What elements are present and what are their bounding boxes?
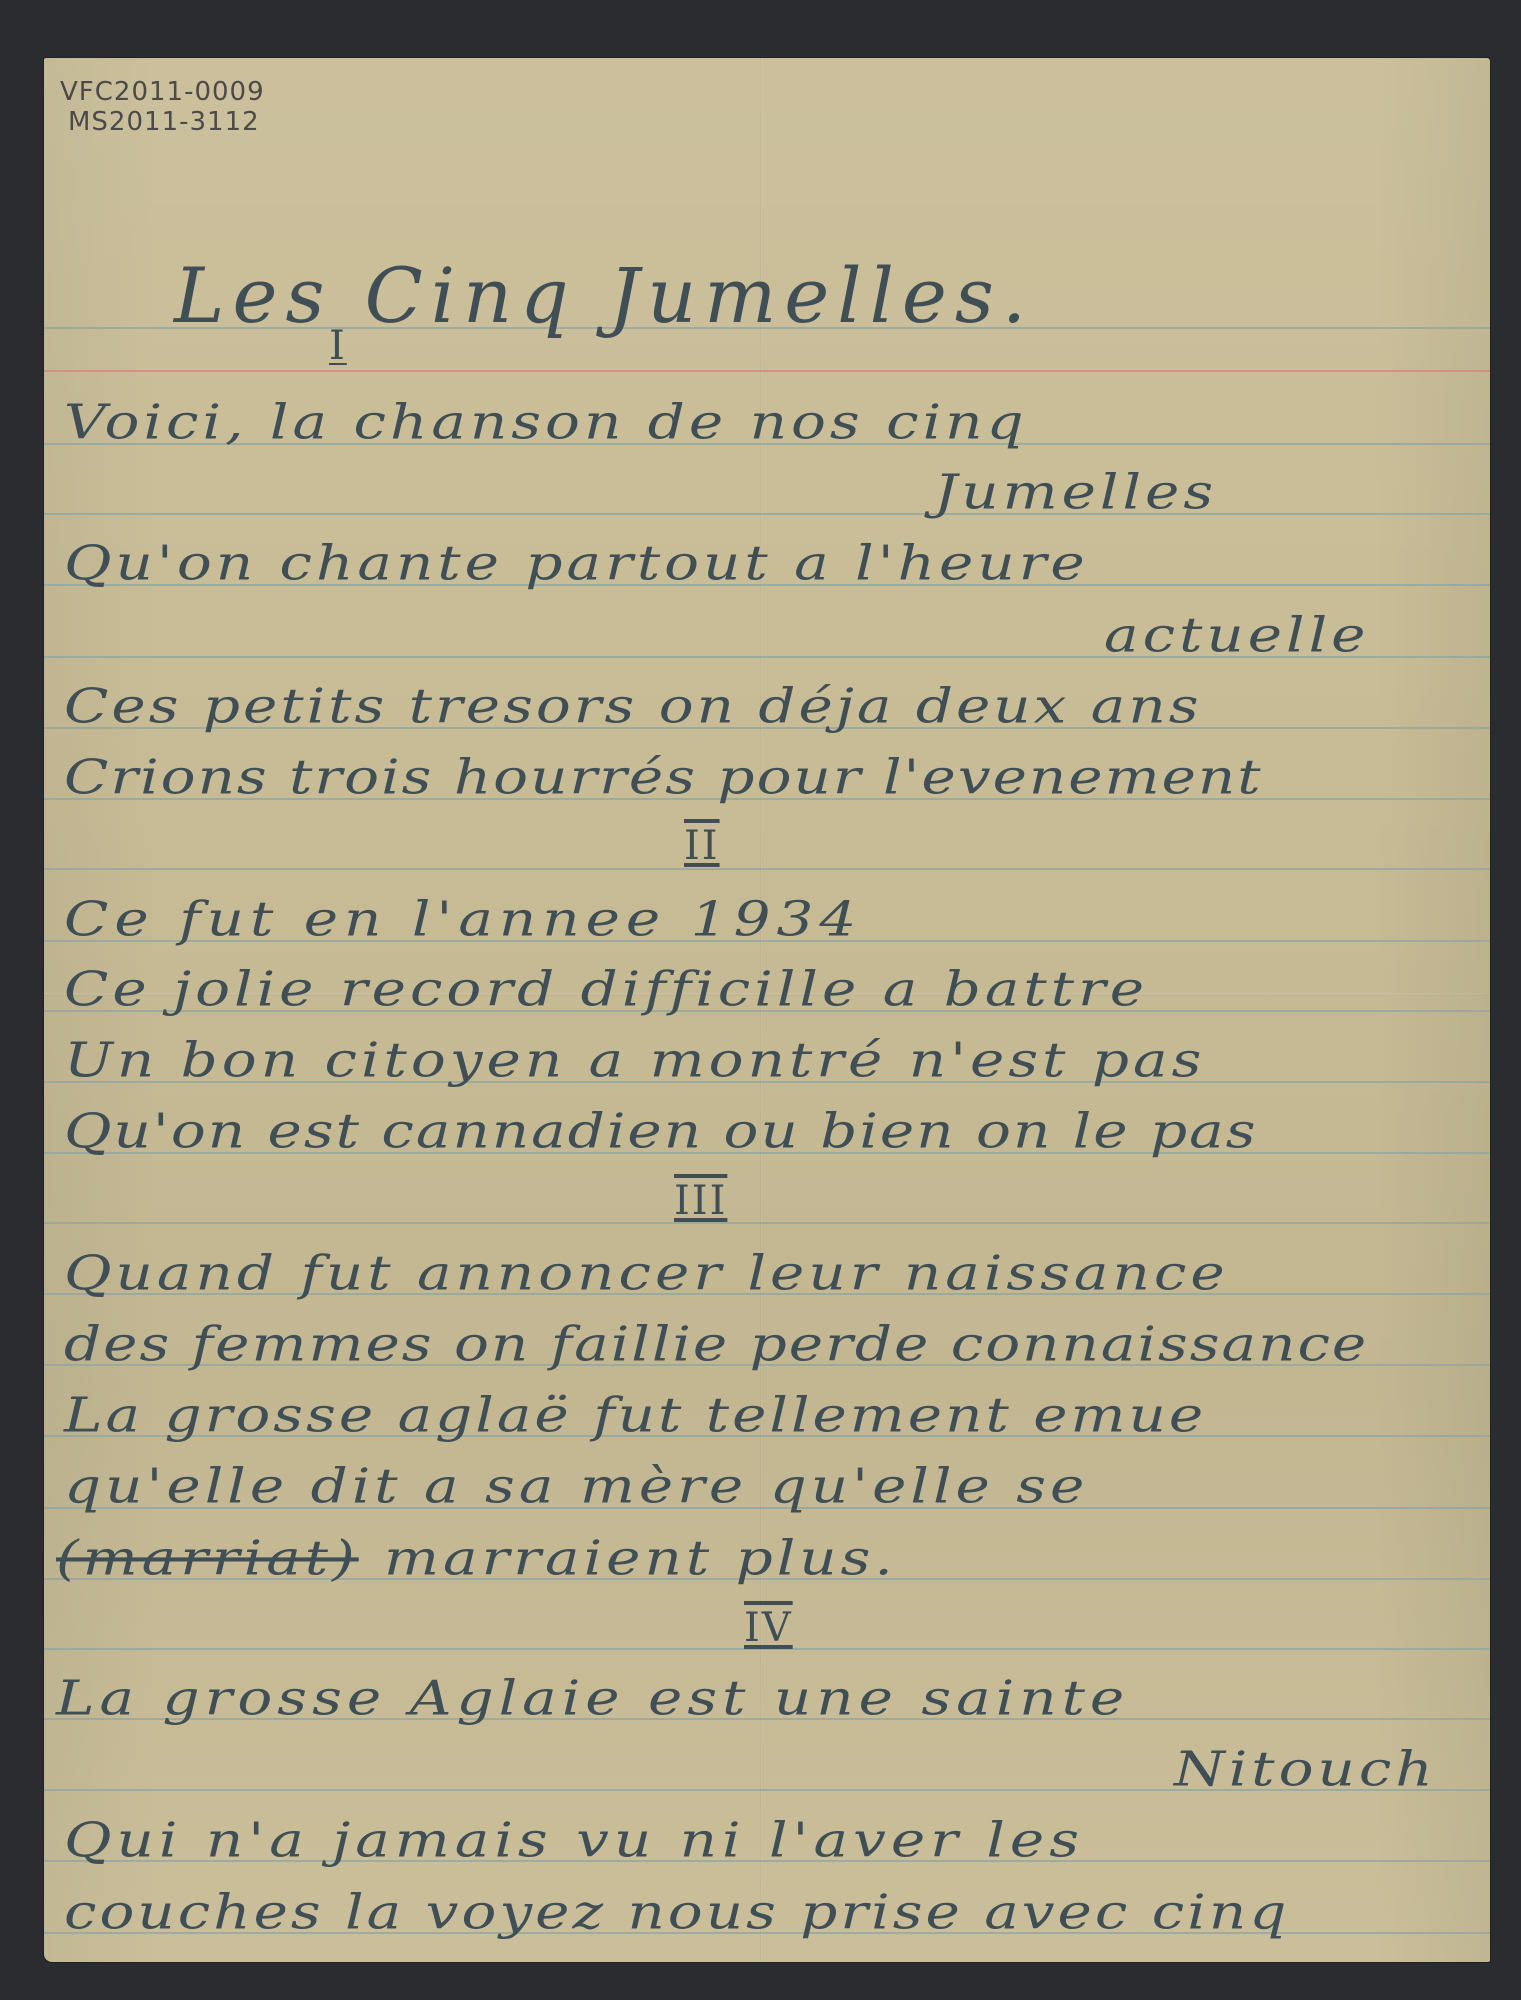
verse-line: Jumelles xyxy=(934,468,1217,516)
verse-line: La grosse Aglaie est une sainte xyxy=(56,1674,1129,1722)
verse-numeral-iv: IV xyxy=(744,1608,793,1648)
struck-out-word: (marriat) xyxy=(56,1534,359,1582)
verse-line: Qu'on chante partout a l'heure xyxy=(64,539,1089,587)
verse-line: Quand fut annoncer leur naissance xyxy=(64,1249,1229,1297)
verse-line: qu'elle dit a sa mère qu'elle se xyxy=(64,1462,1088,1510)
archive-id-line-2: MS2011-3112 xyxy=(68,108,265,138)
verse-line: Ces petits tresors on déja deux ans xyxy=(64,682,1202,730)
document-title: Les Cinq Jumelles. xyxy=(174,258,1034,334)
verse-numeral-ii: II xyxy=(684,826,720,866)
verse-line: Qui n'a jamais vu ni l'aver les xyxy=(64,1816,1084,1864)
verse-line: actuelle xyxy=(1104,611,1369,659)
verse-numeral-iii: III xyxy=(674,1181,727,1221)
verse-line: La grosse aglaë fut tellement emue xyxy=(64,1391,1206,1439)
ruled-line xyxy=(44,868,1490,870)
verse-line: Ce jolie record difficille a battre xyxy=(64,965,1148,1013)
verse-numeral-i: I xyxy=(329,326,347,366)
verse-line: Qu'on est cannadien ou bien on le pas xyxy=(64,1107,1258,1155)
verse-line: Crions trois hourrés pour l'evenement xyxy=(64,753,1263,801)
ruled-line xyxy=(44,1222,1490,1224)
letter-page: VFC2011-0009 MS2011-3112 Les Cinq Jumell… xyxy=(44,58,1490,1962)
archive-identifier: VFC2011-0009 MS2011-3112 xyxy=(60,78,265,138)
ruled-line xyxy=(44,513,1490,515)
verse-line: Un bon citoyen a montré n'est pas xyxy=(64,1036,1205,1084)
verse-line: marraient plus. xyxy=(384,1534,897,1582)
verse-line: Voici, la chanson de nos cinq xyxy=(64,398,1028,446)
verse-line: des femmes on faillie perde connaissance xyxy=(64,1320,1368,1368)
verse-line: Nitouch xyxy=(1174,1745,1437,1793)
margin-rule-red xyxy=(44,370,1490,372)
verse-line: Ce fut en l'annee 1934 xyxy=(64,895,862,943)
verse-line: couches la voyez nous prise avec cinq xyxy=(64,1888,1289,1936)
archive-id-line-1: VFC2011-0009 xyxy=(60,78,265,108)
